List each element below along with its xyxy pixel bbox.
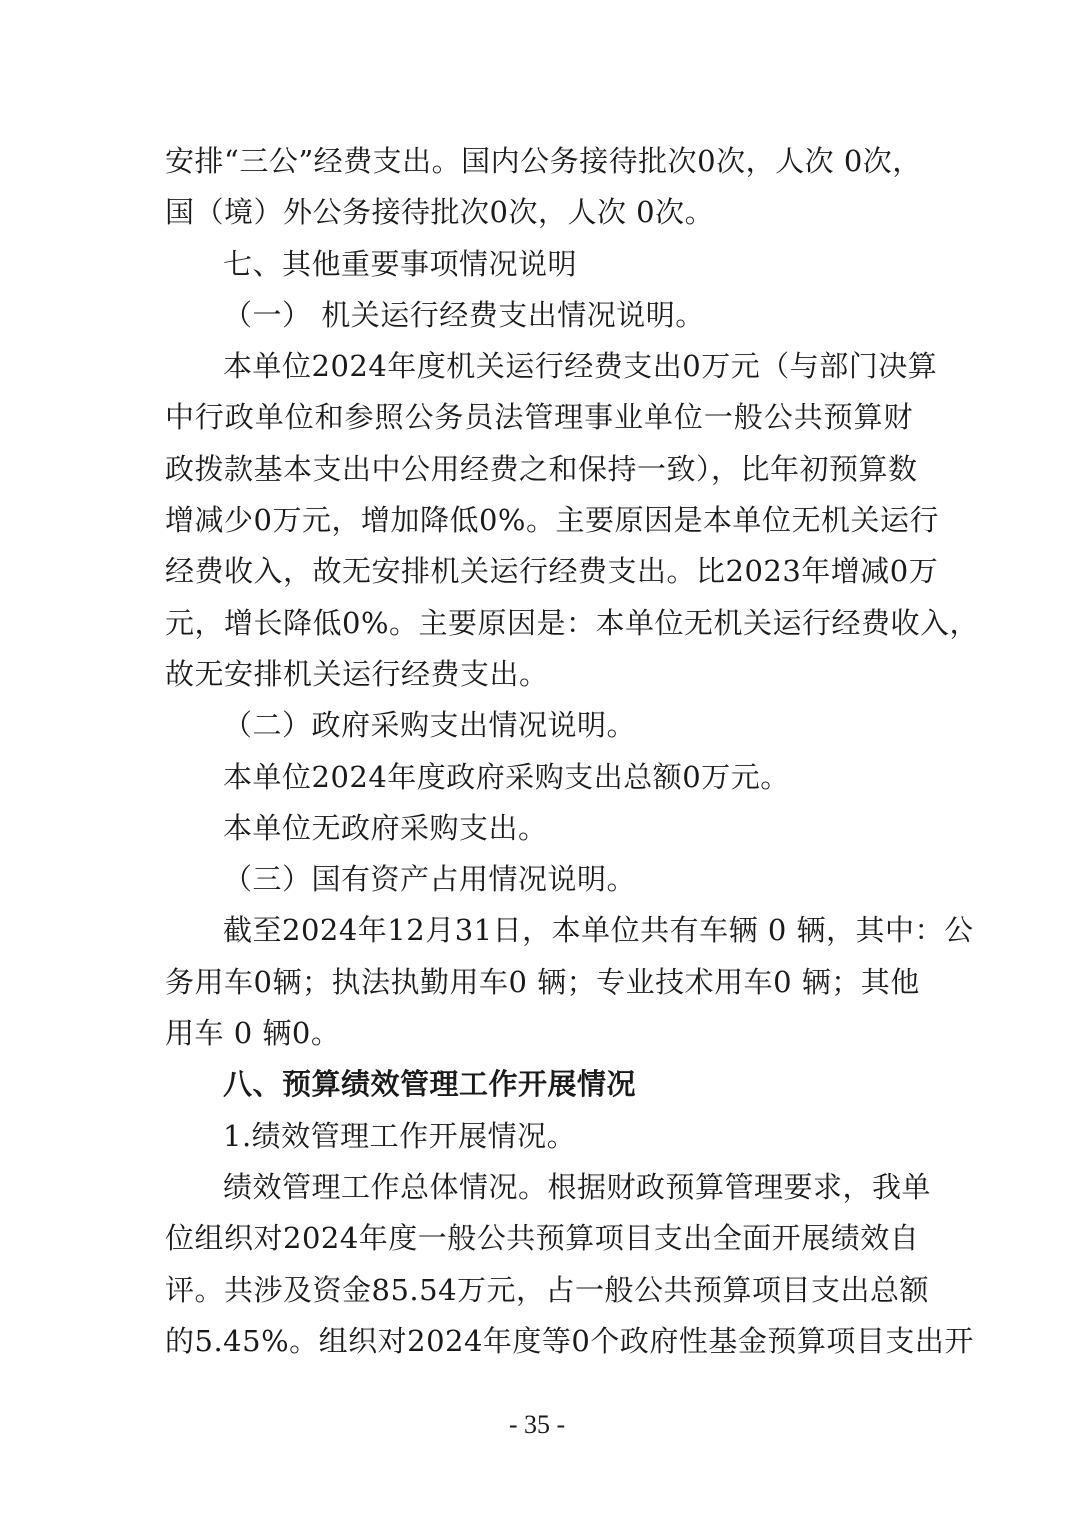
- subsection-heading-procurement: （二）政府采购支出情况说明。: [165, 700, 913, 751]
- text-line: 政拨款基本支出中公用经费之和保持一致），比年初预算数: [165, 444, 913, 495]
- text-line: 中行政单位和参照公务员法管理事业单位一般公共预算财: [165, 392, 913, 443]
- text-line: 本单位2024年度机关运行经费支出0万元（与部门决算: [165, 341, 913, 392]
- text-line: 增减少0万元，增加降低0%。主要原因是本单位无机关运行: [165, 495, 913, 546]
- section-heading-performance-management: 八、预算绩效管理工作开展情况: [165, 1059, 913, 1110]
- text-line: 本单位2024年度政府采购支出总额0万元。: [165, 752, 913, 803]
- text-line: 的5.45%。组织对2024年度等0个政府性基金预算项目支出开: [165, 1316, 913, 1367]
- subsection-heading-performance-work: 1.绩效管理工作开展情况。: [165, 1111, 913, 1162]
- text-line: 评。共涉及资金85.54万元，占一般公共预算项目支出总额: [165, 1265, 913, 1316]
- text-line: 用车 0 辆0。: [165, 1008, 913, 1059]
- text-line: 位组织对2024年度一般公共预算项目支出全面开展绩效自: [165, 1213, 913, 1264]
- page-body: 安排“三公”经费支出。国内公务接待批次0次，人次 0次， 国（境）外公务接待批次…: [165, 136, 913, 1367]
- page-number: - 35 -: [0, 1410, 1074, 1440]
- text-line: 经费收入，故无安排机关运行经费支出。比2023年增减0万: [165, 546, 913, 597]
- subsection-heading-operating-expenses: （一） 机关运行经费支出情况说明。: [165, 290, 913, 341]
- text-line: 截至2024年12月31日，本单位共有车辆 0 辆，其中：公: [165, 905, 913, 956]
- text-line: 绩效管理工作总体情况。根据财政预算管理要求，我单: [165, 1162, 913, 1213]
- text-line: 故无安排机关运行经费支出。: [165, 649, 913, 700]
- subsection-heading-state-assets: （三）国有资产占用情况说明。: [165, 854, 913, 905]
- text-line: 务用车0辆；执法执勤用车0 辆；专业技术用车0 辆；其他: [165, 957, 913, 1008]
- document-page: 安排“三公”经费支出。国内公务接待批次0次，人次 0次， 国（境）外公务接待批次…: [0, 0, 1074, 1520]
- text-line: 安排“三公”经费支出。国内公务接待批次0次，人次 0次，: [165, 136, 913, 187]
- text-line: 元，增长降低0%。主要原因是：本单位无机关运行经费收入，: [165, 598, 913, 649]
- text-line: 国（境）外公务接待批次0次，人次 0次。: [165, 187, 913, 238]
- text-line: 本单位无政府采购支出。: [165, 803, 913, 854]
- section-heading-other-matters: 七、其他重要事项情况说明: [165, 239, 913, 290]
